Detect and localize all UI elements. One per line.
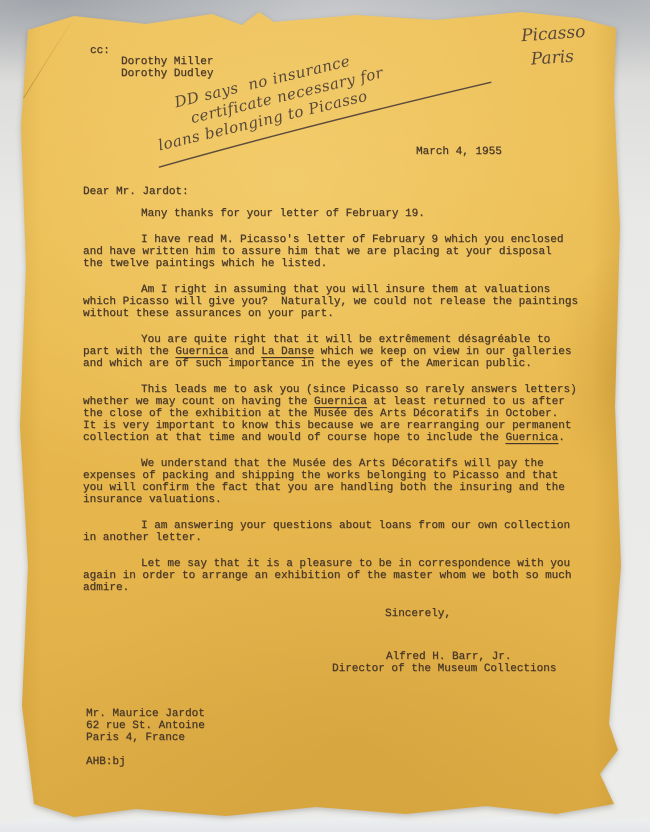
letter-paragraph: We understand that the Musée des Arts Dé… bbox=[83, 458, 628, 506]
cc-label: cc: bbox=[90, 45, 110, 57]
corner-note-line-2: Paris bbox=[530, 44, 588, 72]
signature-name: Alfred H. Barr, Jr. bbox=[386, 651, 628, 663]
letter-paragraph: Many thanks for your letter of February … bbox=[83, 208, 628, 220]
letter-paragraph: Am I right in assuming that you will ins… bbox=[83, 284, 628, 320]
letter-paragraph: I am answering your questions about loan… bbox=[83, 520, 628, 544]
paper-crease bbox=[23, 13, 77, 98]
corner-note-line-1: Picasso bbox=[520, 20, 586, 48]
handwritten-picasso-paris: Picasso Paris bbox=[520, 20, 587, 72]
letter-paragraph: This leads me to ask you (since Picasso … bbox=[83, 384, 628, 444]
letter-paragraph: I have read M. Picasso's letter of Febru… bbox=[83, 234, 628, 270]
letter-page-wrap: cc: Dorothy MillerDorothy Dudley DD says… bbox=[16, 6, 622, 818]
salutation: Dear Mr. Jardot: bbox=[83, 186, 628, 198]
closing: Sincerely, bbox=[385, 608, 628, 620]
letter-paragraph: Let me say that it is a pleasure to be i… bbox=[83, 558, 628, 594]
letter-paragraph: You are quite right that it will be extr… bbox=[83, 334, 628, 370]
scanned-letter-scene: cc: Dorothy MillerDorothy Dudley DD says… bbox=[0, 0, 650, 832]
recipient-address: Mr. Maurice Jardot62 rue St. AntoinePari… bbox=[86, 708, 628, 744]
cc-names: Dorothy MillerDorothy Dudley bbox=[121, 56, 213, 80]
letter-body: Dear Mr. Jardot: Many thanks for your le… bbox=[83, 186, 628, 768]
letter-date: March 4, 1955 bbox=[416, 146, 502, 158]
signature-title: Director of the Museum Collections bbox=[332, 663, 628, 675]
letter-page: cc: Dorothy MillerDorothy Dudley DD says… bbox=[16, 6, 622, 818]
letter-paragraphs: Many thanks for your letter of February … bbox=[83, 208, 628, 594]
typist-reference: AHB:bj bbox=[86, 756, 628, 768]
